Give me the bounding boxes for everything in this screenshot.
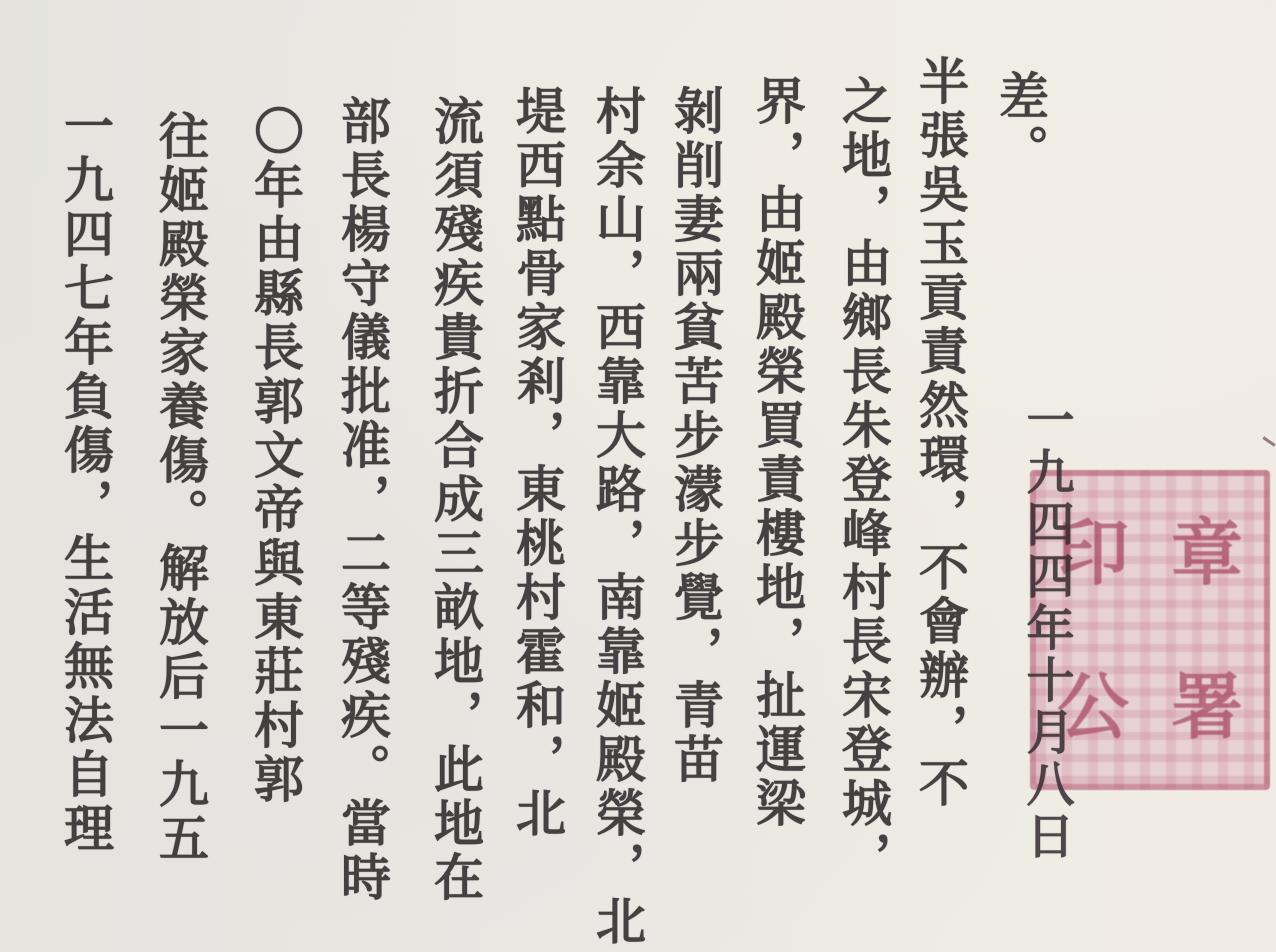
seal-character: 署 [1171,671,1243,743]
text-column-3: 之地，由鄉長朱登峰村長宋登城， [838,75,888,885]
text-column-4: 界，由姬殿榮買責樓地，扯運梁 [752,75,802,831]
seal-character: 章 [1171,517,1243,589]
date-column: 一九四四年十月八日 [1022,395,1070,863]
text-column-5: 剝削妻兩貧苦步濛步覺，青苗 [670,85,720,787]
text-column-2: 半張吳玉貢責然環，不會辦，不 [915,55,965,811]
text-column-8: 流須殘疾貴折合成三畝地，此地在 [430,95,480,905]
text-column-11: 往姬殿榮家養傷。解放后一九五 [155,110,205,866]
document-page: 差。 半張吳玉貢責然環，不會辦，不 之地，由鄉長朱登峰村長宋登城， 界，由姬殿榮… [0,0,1276,952]
text-column-7: 堤西點骨家剎，東桃村霍和，北 [512,85,562,841]
text-column-6: 村余山，西靠大路，南靠姬殿榮，北 [592,85,642,949]
ink-mark [1262,436,1275,446]
text-column-9: 部長楊守儀批准，二等殘疾。當時 [337,95,387,905]
text-column-12: 一九四七年負傷，生活無法自理 [60,100,110,856]
text-column-10: 〇年由縣長郭文帝與東莊村郭 [250,105,300,807]
text-column-1: 差。 [995,70,1045,178]
